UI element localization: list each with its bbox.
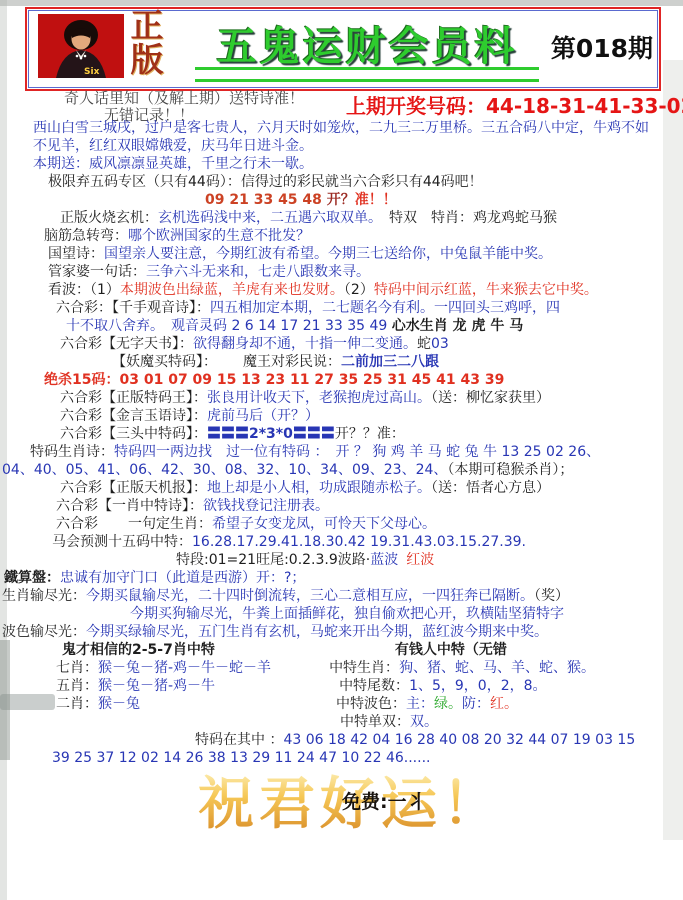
text-segment: 五肖：: [56, 678, 98, 694]
content-line: 不见羊，红红双眼嫦娥爱，庆马年日进斗金。: [0, 137, 683, 155]
content-line: 特码生肖诗：特码四一两边找 过一位有特码 ： 开 ？ 狗 鸡 羊 马 蛇 兔 牛…: [0, 443, 683, 461]
text-segment: 六合彩【正版天机报】：: [60, 480, 207, 496]
text-segment: 三争六斗无来和，七走八跟数来寻。: [146, 264, 370, 280]
text-segment: 特段:01=21旺尾:0.2.3.9波路·: [176, 552, 370, 568]
content-line: 六合彩【正版天机报】：地上却是小人相，功成跟随赤松子。（送：悟者心方息）: [0, 479, 683, 497]
content-line: 09 21 33 45 48 开？准！！: [0, 191, 683, 209]
text-segment: 六合彩【无字天书】：: [60, 336, 193, 352]
text-segment: 本期送：威风凛凛显英雄，千里之行未一歇。: [33, 156, 313, 172]
brand-seal: 正 版: [129, 9, 165, 87]
text-segment: 43 06 18 42 04 16 28 40 08 20 32 44 07 1…: [283, 732, 635, 748]
content-line: 04、40、05、41、06、42、30、08、32、10、34、09、23、2…: [0, 461, 683, 479]
text-segment: 特码生肖诗：: [30, 444, 114, 460]
text-segment: 狗 鸡 羊 马 蛇 兔 牛 13 25 02 26、: [372, 444, 600, 460]
content-line: 今期买狗输尽光，牛粪上面插鲜花，独自偷欢把心开，玖横陆坚猜特字: [0, 605, 683, 623]
free-note-text: 免费:一丬: [342, 787, 426, 814]
text-segment: 03 01 07 09 15 13 23 11 27 35 25 31 45 4…: [119, 372, 504, 388]
text-segment: 极限弃五码专区（只有44码）：信得过的彩民就当六合彩只有44码吧！: [48, 174, 483, 190]
text-segment: 二肖：: [56, 696, 98, 712]
text-segment: 鐵算盤：: [4, 570, 60, 586]
text-segment: 西山白雪三城戌，过户是客七贵人，六月天时如笼炊，二九三二万里桥。三五合码八中定，…: [33, 120, 649, 136]
title-underline: [195, 67, 539, 82]
text-segment: 二前加三二八跟: [341, 354, 439, 370]
content-line: 生肖输尽光：今期买鼠输尽光，二十四时倒流转，三心二意相互应，一四狂奔已隔断。（奖…: [0, 587, 683, 605]
text-segment: 主：: [406, 696, 434, 712]
content-line: 二肖：猴－兔中特波色：主：绿。防：红。: [0, 695, 683, 713]
spacer: [140, 707, 336, 708]
text-segment: 有钱人中特（无错: [395, 642, 507, 658]
text-segment: 蛇: [417, 336, 431, 352]
text-segment: 今期买绿输尽光，五门生肖有玄机，马蛇来开出今期，蓝红波今期来中奖。: [86, 624, 548, 640]
content-line: 十不取八舍弃。 观音灵码 2 6 14 17 21 33 35 49 心水生肖 …: [0, 317, 683, 335]
content-line: 绝杀15码：03 01 07 09 15 13 23 11 27 35 25 3…: [0, 371, 683, 389]
woman-portrait-image: Six: [38, 14, 124, 78]
scan-edge-top: [0, 0, 683, 6]
text-segment: 不见羊，红红双眼嫦娥爱，庆马年日进斗金。: [33, 138, 313, 154]
text-segment: 心水生肖 龙 虎 牛 马: [392, 318, 524, 334]
content-line: 五肖：猴－兔－猪-鸡－牛中特尾数：1、5，9，0，2，8。: [0, 677, 683, 695]
text-segment: 地上却是小人相，功成跟随赤松子。: [207, 480, 431, 496]
text-segment: 开？？准：: [335, 426, 405, 442]
text-segment: 【妖魔买特码】：: [112, 354, 217, 370]
text-segment: 看波：（1）: [48, 282, 120, 298]
content-line: 六合彩【金言玉语诗】：虎前马后（开？）: [0, 407, 683, 425]
content-line: 七肖：猴－兔－猪-鸡－牛－蛇－羊中特生肖：狗、猪、蛇、马、羊、蛇、猴。: [0, 659, 683, 677]
spacer: [215, 653, 395, 654]
text-segment: 蓝波: [370, 552, 398, 568]
content-line: 本期送：威风凛凛显英雄，千里之行未一歇。: [0, 155, 683, 173]
content-line: 波色输尽光：今期买绿输尽光，五门生肖有玄机，马蛇来开出今期，蓝红波今期来中奖。: [0, 623, 683, 641]
spacer: [215, 689, 339, 690]
text-segment: 国望亲人要注意，今期红波有希望。今期三七送给你，中兔鼠羊能中奖。: [104, 246, 552, 262]
content-line: 鬼才相信的2-5-7肖中特有钱人中特（无错: [0, 641, 683, 659]
text-segment: 开？: [327, 192, 355, 208]
text-segment: 猴－兔－猪-鸡－牛－蛇－羊: [98, 660, 271, 676]
text-segment: 魔王对彩民说：: [243, 354, 341, 370]
content-line: 管家婆一句话：三争六斗无来和，七走八跟数来寻。: [0, 263, 683, 281]
text-segment: 马会预测十五码中特：: [52, 534, 192, 550]
content-line: 中特单双：双。: [0, 713, 683, 731]
text-segment: 希望子女变龙凤，可怜天下父母心。: [212, 516, 436, 532]
text-segment: 正版火烧玄机：: [60, 210, 158, 226]
text-segment: 今期买狗输尽光，牛粪上面插鲜花，独自偷欢把心开，玖横陆坚猜特字: [130, 606, 564, 622]
text-segment: 虎前马后（开？）: [207, 408, 319, 424]
content-line: 六合彩：【千手观音诗】：四五相加定本期，二七题名今有利。一四回头三鸡呼，四: [0, 299, 683, 317]
content-line: 脑筋急转弯：哪个欧洲国家的生意不批发？: [0, 227, 683, 245]
content-line: 特段:01=21旺尾:0.2.3.9波路·蓝波红波: [0, 551, 683, 569]
text-segment: 管家婆一句话：: [48, 264, 146, 280]
text-segment: 中特生肖：: [329, 660, 399, 676]
content-line: 六合彩一句定生肖：希望子女变龙凤，可怜天下父母心。: [0, 515, 683, 533]
brand-char-top: 正: [129, 9, 165, 43]
content-line: 特码在其中 ：43 06 18 42 04 16 28 40 08 20 32 …: [0, 731, 683, 749]
text-segment: 绝杀15码：: [44, 372, 119, 388]
text-segment: 准！！: [355, 192, 397, 208]
content-line: 西山白雪三城戌，过户是客七贵人，六月天时如笼炊，二九三二万里桥。三五合码八中定，…: [0, 119, 683, 137]
text-segment: 六合彩: [56, 516, 98, 532]
text-segment: 猴－兔－猪-鸡－牛: [98, 678, 215, 694]
text-segment: 狗、猪、蛇、马、羊、蛇、猴。: [399, 660, 595, 676]
text-segment: 哪个欧洲国家的生意不批发？: [128, 228, 310, 244]
last-draw-numbers: 上期开奖号码：44-18-31-41-33-02+32: [346, 90, 683, 119]
text-segment: 中特单双：: [340, 714, 410, 730]
text-segment: 七肖：: [56, 660, 98, 676]
text-segment: 六合彩【三头中特码】：: [60, 426, 207, 442]
text-segment: 十不取八舍弃。 观音灵码 2 6 14 17 21 33 35 49: [66, 318, 392, 334]
content-line: 看波：（1）本期波色出绿蓝，羊虎有来也发财。（2）特码中间示红蓝，牛来猴去它中奖…: [0, 281, 683, 299]
text-segment: 张良用计收天下，老猴抱虎过高山。: [207, 390, 431, 406]
text-segment: 欲钱找登记注册表。: [203, 498, 329, 514]
text-segment: 09 21 33 45 48: [205, 192, 327, 208]
flyer-page: Six 正 版 五鬼运财会员料 第018期 奇人话里知（及解上期）送特诗准！ 无…: [0, 0, 683, 900]
text-segment: 红波: [406, 552, 434, 568]
text-segment: 特码中间示红蓝，牛来猴去它中奖。: [374, 282, 598, 298]
text-segment: 03: [431, 336, 449, 352]
text-segment: 脑筋急转弯：: [44, 228, 128, 244]
text-segment: 波色输尽光：: [2, 624, 86, 640]
spacer: [98, 527, 128, 528]
text-segment: 忠诚有加守门口（此道是西游）开：?；: [60, 570, 305, 586]
text-segment: 国望诗：: [48, 246, 104, 262]
text-segment: （奖）: [534, 588, 569, 604]
content-line: 六合彩【一肖中特诗】：欲钱找登记注册表。: [0, 497, 683, 515]
text-segment: 一句定生肖：: [128, 516, 212, 532]
text-segment: 六合彩【金言玉语诗】：: [60, 408, 207, 424]
text-segment: 特码四一两边找 过一位有特码 ： 开 ？: [114, 444, 372, 460]
text-segment: 本期波色出绿蓝，羊虎有来也发财。: [120, 282, 344, 298]
spacer: [271, 671, 329, 672]
text-segment: 绿。: [434, 696, 462, 712]
content-line: 六合彩【正版特码王】：张良用计收天下，老猴抱虎过高山。（送：柳忆家获里）: [0, 389, 683, 407]
text-segment: 六合彩【正版特码王】：: [60, 390, 207, 406]
text-segment: 16.28.17.29.41.18.30.42 19.31.43.03.15.2…: [192, 534, 526, 550]
brand-char-bottom: 版: [129, 43, 165, 77]
text-segment: 红。: [490, 696, 518, 712]
text-segment: 特码在其中 ：: [195, 732, 283, 748]
text-segment: 欲得翻身却不通，十指一伸二变通。: [193, 336, 417, 352]
tagline-line1: 奇人话里知（及解上期）送特诗准！: [64, 90, 304, 107]
text-segment: 六合彩：【千手观音诗】：: [56, 300, 210, 316]
text-segment: 鬼才相信的2-5-7肖中特: [62, 642, 215, 658]
photo-watermark-text: Six: [84, 67, 100, 77]
content-line: 【妖魔买特码】：魔王对彩民说：二前加三二八跟: [0, 353, 683, 371]
text-segment: 04、40、05、41、06、42、30、08、32、10、34、09、23、2…: [2, 462, 447, 478]
masthead-photo: Six: [38, 14, 124, 78]
page-title: 五鬼运财会员料: [167, 15, 567, 72]
content-line: 六合彩【三头中特码】：〓〓〓2*3*0〓〓〓开？？准：: [0, 425, 683, 443]
text-segment: （本期可稳猴杀肖）；: [447, 462, 573, 478]
text-segment: （送：悟者心方息）: [431, 480, 550, 496]
issue-number: 第018期: [551, 29, 653, 65]
spacer: [217, 365, 243, 366]
text-segment: 中特尾数：: [339, 678, 409, 694]
content-line: 马会预测十五码中特：16.28.17.29.41.18.30.42 19.31.…: [0, 533, 683, 551]
text-segment: 玄机选码浅中来，二五遇六取双单。: [158, 210, 375, 226]
text-segment: 〓〓〓2*3*0〓〓〓: [207, 426, 335, 442]
content-body: 西山白雪三城戌，过户是客七贵人，六月天时如笼炊，二九三二万里桥。三五合码八中定，…: [0, 119, 683, 767]
text-segment: 中特波色：: [336, 696, 406, 712]
text-segment: （送：柳忆家获里）: [431, 390, 550, 406]
masthead-box: Six 正 版 五鬼运财会员料 第018期: [25, 7, 661, 91]
content-line: 国望诗：国望亲人要注意，今期红波有希望。今期三七送给你，中兔鼠羊能中奖。: [0, 245, 683, 263]
text-segment: 1、5，9，0，2，8。: [409, 678, 546, 694]
text-segment: 今期买鼠输尽光，二十四时倒流转，三心二意相互应，一四狂奔已隔断。: [86, 588, 534, 604]
text-segment: （2）: [344, 282, 374, 298]
text-segment: 特双 特肖：鸡龙鸡蛇马猴: [375, 210, 557, 226]
content-line: 正版火烧玄机：玄机选码浅中来，二五遇六取双单。 特双 特肖：鸡龙鸡蛇马猴: [0, 209, 683, 227]
content-line: 极限弃五码专区（只有44码）：信得过的彩民就当六合彩只有44码吧！: [0, 173, 683, 191]
text-segment: 四五相加定本期，二七题名今有利。一四回头三鸡呼，四: [210, 300, 560, 316]
content-line: 鐵算盤：忠诚有加守门口（此道是西游）开：?；: [0, 569, 683, 587]
content-line: 六合彩【无字天书】：欲得翻身却不通，十指一伸二变通。蛇03: [0, 335, 683, 353]
text-segment: 防：: [462, 696, 490, 712]
text-segment: 六合彩【一肖中特诗】：: [56, 498, 203, 514]
text-segment: 生肖输尽光：: [2, 588, 86, 604]
text-segment: 猴－兔: [98, 696, 140, 712]
text-segment: 双。: [410, 714, 438, 730]
